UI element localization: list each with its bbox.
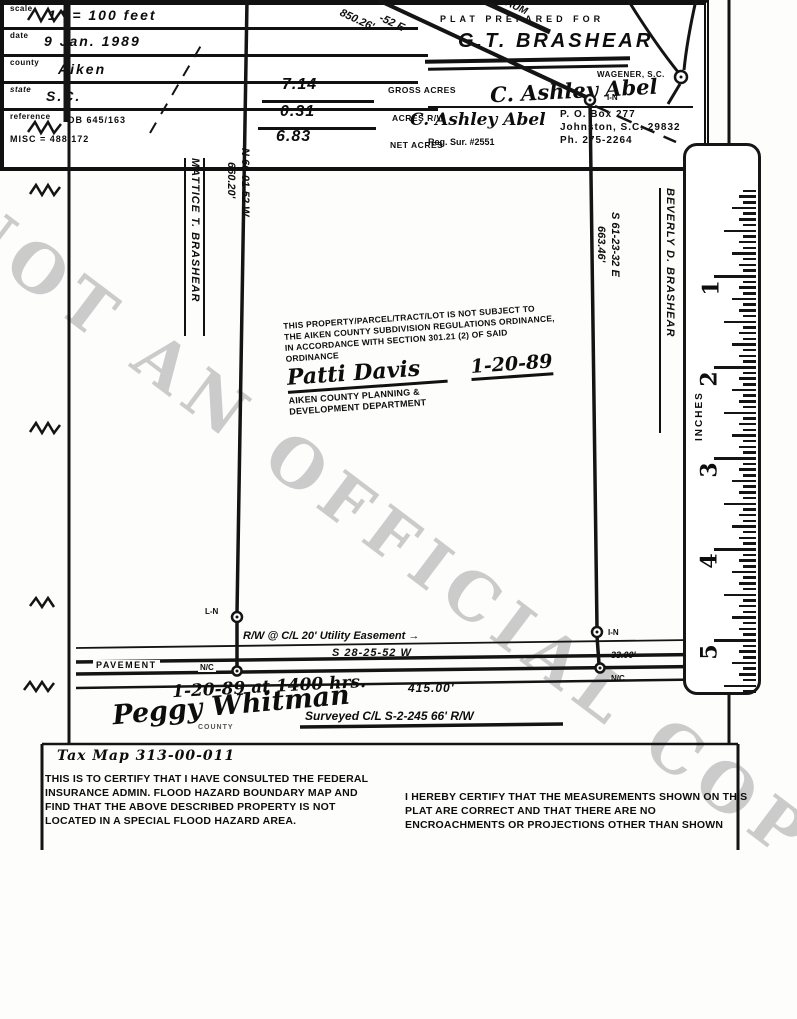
monument-label-bottom-left: L-N: [205, 607, 218, 616]
scanned-ruler: 1 2 3 4 5 INCHES: [683, 143, 761, 695]
plat-linework: [0, 0, 797, 860]
scanned-plat-page: NOT AN OFFICIAL COPY: [0, 0, 797, 1019]
left-bearing: N 60-01-52 W: [238, 148, 252, 363]
county-stamp-fragment: COUNTY: [198, 724, 234, 731]
road-bearing: S 28-25-52 W: [332, 647, 412, 659]
right-bearing: S 61-23-32 E: [608, 212, 622, 427]
monument-label-bottom-right: I-N: [608, 628, 619, 637]
measurements-certification: I HEREBY CERTIFY THAT THE MEASUREMENTS S…: [405, 790, 750, 832]
left-distance: 660.20': [224, 148, 238, 363]
road-distance: 415.00': [408, 681, 455, 695]
ruler-number-2: 2: [697, 371, 723, 386]
pavement-label: PAVEMENT: [93, 660, 160, 670]
planning-approval-stamp: THIS PROPERTY/PARCEL/TRACT/LOT IS NOT SU…: [283, 301, 574, 418]
adjoiner-right: BEVERLY D. BRASHEAR: [659, 188, 676, 433]
ruler-inches-label: INCHES: [694, 391, 705, 441]
ruler-number-3: 3: [697, 462, 723, 477]
town-label: WAGENER, S.C.: [597, 70, 665, 79]
right-boundary-labels: S 61-23-32 E 663.46': [594, 212, 622, 427]
stamp-date: 1-20-89: [470, 350, 553, 381]
easement-label: R/W @ C/L 20' Utility Easement →: [243, 630, 419, 642]
nc-label-left: N/C: [198, 663, 216, 672]
flood-certification: THIS IS TO CERTIFY THAT I HAVE CONSULTED…: [45, 772, 373, 828]
tax-map-number: Tax Map 313-00-011: [57, 748, 235, 764]
monument-label-top-right: I-N: [607, 93, 618, 102]
adjoiner-left: MATTICE T. BRASHEAR: [184, 158, 205, 336]
offset-distance: 33.00': [611, 650, 636, 660]
left-boundary-labels: N 60-01-52 W 660.20': [224, 148, 252, 363]
right-distance: 663.46': [594, 212, 608, 427]
ruler-number-5: 5: [697, 644, 723, 659]
nc-label-right: N/C: [611, 674, 625, 683]
ruler-number-4: 4: [697, 553, 723, 568]
ruler-number-1: 1: [699, 280, 725, 295]
easement-arrow-icon: →: [408, 630, 419, 642]
